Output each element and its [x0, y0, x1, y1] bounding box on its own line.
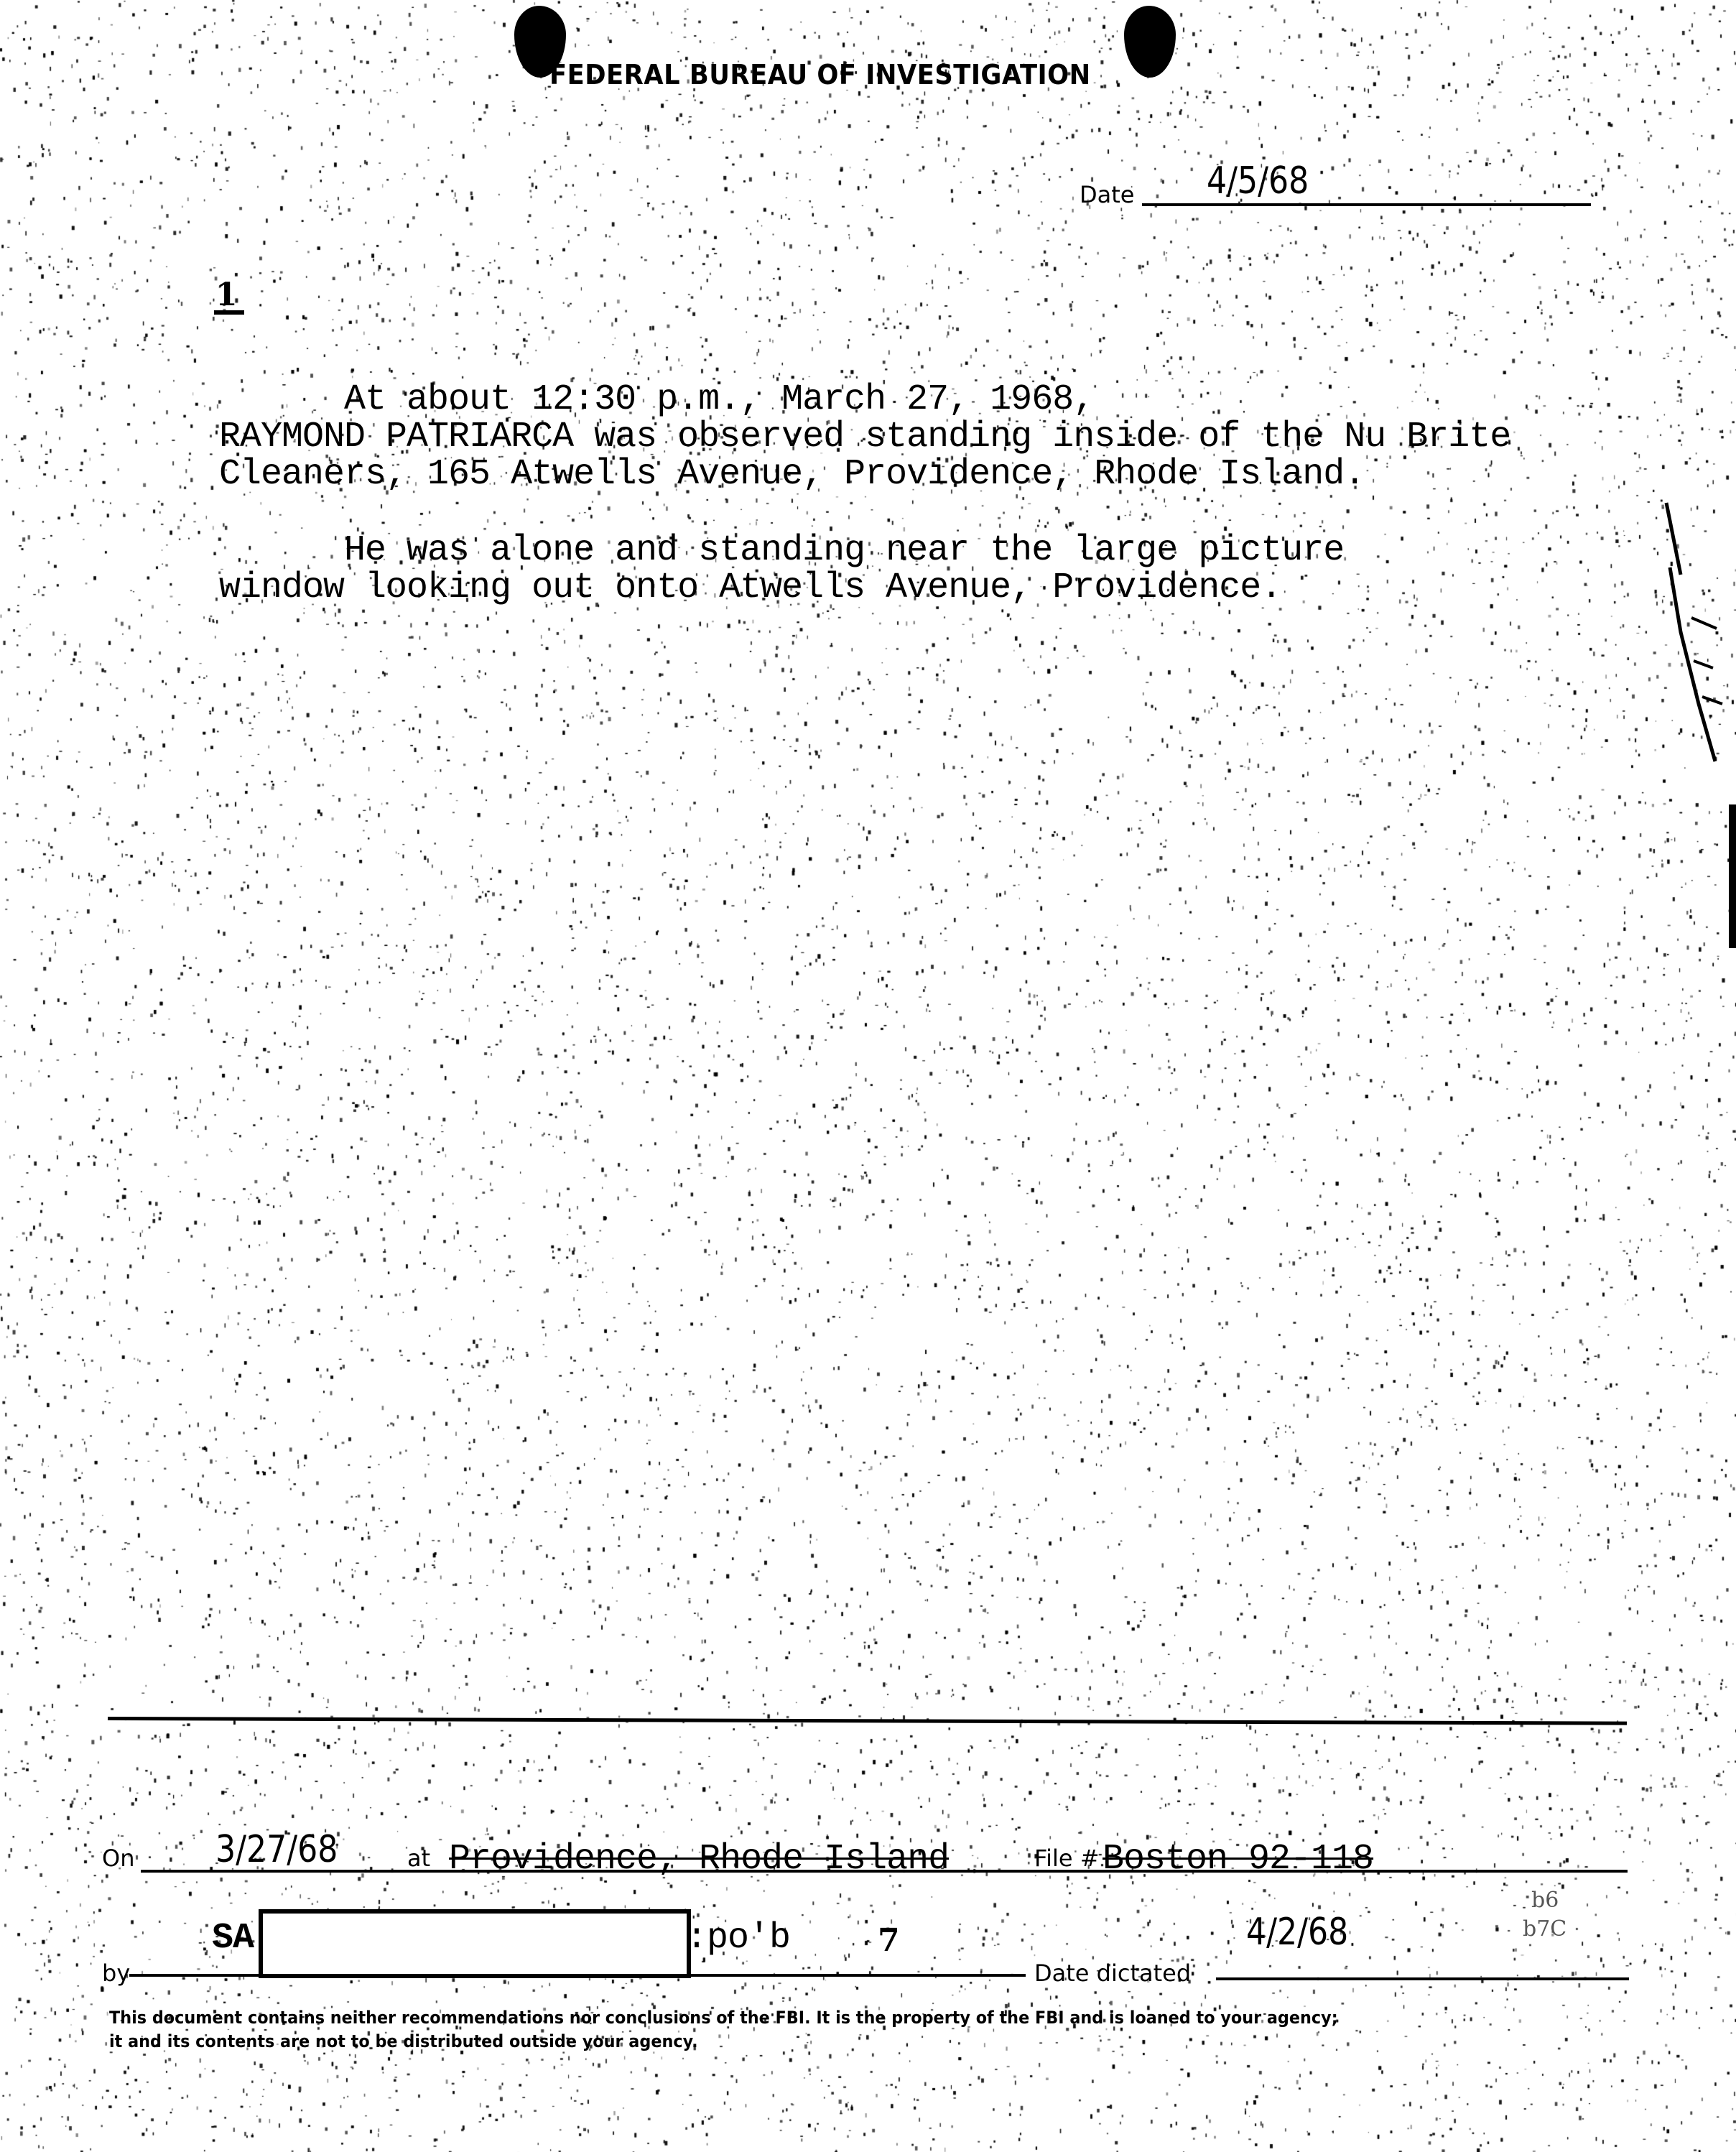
file-label: File # — [1034, 1845, 1100, 1872]
handwritten-mark: 7 — [878, 1922, 900, 1959]
by-label: by — [102, 1959, 130, 1987]
agent-prefix: SA — [212, 1918, 254, 1959]
file-number: Boston 92-118 — [1103, 1839, 1373, 1880]
page-marker-underline — [214, 310, 244, 315]
date-dictated-label: Date dictated — [1034, 1959, 1191, 1987]
page-marker: 1 — [215, 277, 238, 313]
by-underline — [129, 1974, 1026, 1977]
page-edge-shadow — [1729, 804, 1736, 948]
punch-hole-right-icon — [1124, 6, 1176, 78]
disclaimer-line-1: This document contains neither recommend… — [109, 2008, 1338, 2028]
body-line: RAYMOND PATRIARCA was observed standing … — [219, 417, 1510, 458]
date-underline — [1142, 203, 1591, 206]
date-dictated-underline — [1216, 1977, 1629, 1980]
body-line: He was alone and standing near the large… — [219, 530, 1344, 571]
exemption-code-b7c: b7C — [1523, 1916, 1566, 1942]
disclaimer-line-2: it and its contents are not to be distri… — [109, 2031, 698, 2051]
exemption-code-b6: b6 — [1531, 1888, 1559, 1913]
agency-title: FEDERAL BUREAU OF INVESTIGATION — [549, 59, 1091, 91]
at-label: at — [407, 1845, 430, 1872]
report-date: 4/5/68 — [1207, 159, 1309, 203]
body-line: Cleaners, 165 Atwells Avenue, Providence… — [219, 454, 1365, 495]
body-line: At about 12:30 p.m., March 27, 1968, — [219, 379, 1094, 420]
body-line: window looking out onto Atwells Avenue, … — [219, 567, 1281, 608]
date-label: Date — [1080, 181, 1134, 208]
on-label: On — [102, 1845, 134, 1872]
agent-name-redaction — [259, 1909, 691, 1978]
form-separator — [108, 1717, 1627, 1725]
date-dictated-value: 4/2/68 — [1246, 1911, 1348, 1954]
typist-initials: :po'b — [686, 1918, 790, 1959]
location-value: Providence, Rhode Island — [449, 1839, 949, 1880]
margin-pen-mark-icon — [1638, 488, 1724, 790]
on-date: 3/27/68 — [215, 1828, 338, 1871]
